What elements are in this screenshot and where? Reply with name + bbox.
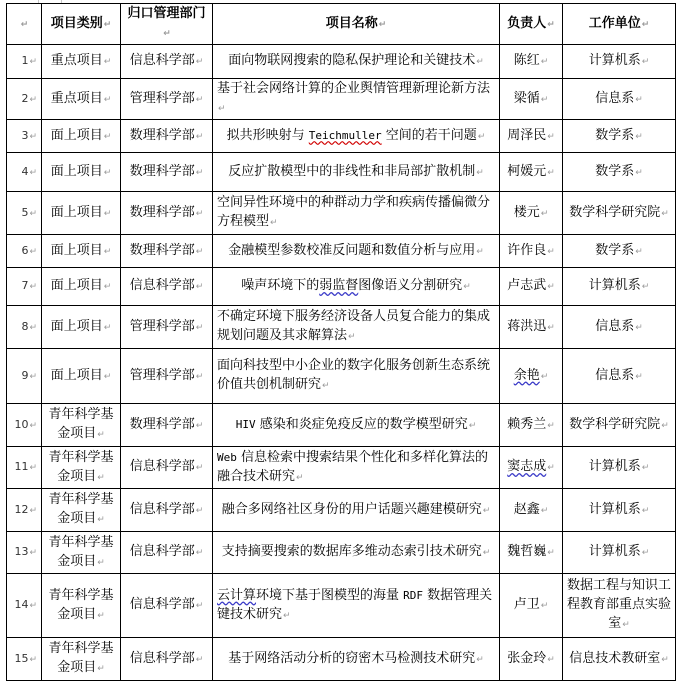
project-name-part: 图像语义分割研究 — [358, 278, 462, 293]
department-cell[interactable]: 信息科学部↵ — [121, 268, 213, 306]
work-unit-cell[interactable]: 信息系↵ — [563, 79, 676, 120]
paragraph-mark-icon: ↵ — [29, 168, 37, 178]
paragraph-mark-icon: ↵ — [29, 463, 37, 473]
project-name: 支持摘要搜索的数据库多维动态索引技术研究↵ — [222, 542, 491, 563]
project-category: 面上项目↵ — [51, 278, 112, 293]
paragraph-mark-icon: ↵ — [104, 95, 112, 105]
project-name-cell[interactable]: Web 信息检索中搜索结果个性化和多样化算法的融合技术研究↵ — [213, 447, 500, 489]
project-name-part: 环境下基于图模型的海量 — [256, 588, 403, 603]
paragraph-mark-icon: ↵ — [296, 473, 304, 483]
project-leader: 柯媛元↵ — [507, 164, 555, 179]
project-leader-cell[interactable]: 周泽民↵ — [500, 120, 563, 153]
project-leader-text: 张金玲 — [507, 651, 546, 666]
work-unit-cell[interactable]: 数据工程与知识工程教育部重点实验室↵ — [563, 574, 676, 638]
header-unit: 工作单位↵ — [563, 4, 676, 45]
project-name-cell[interactable]: 噪声环境下的弱监督图像语义分割研究↵ — [213, 268, 500, 306]
work-unit-text: 数学科学研究院 — [569, 205, 660, 220]
project-category-cell[interactable]: 青年科学基金项目↵ — [42, 638, 121, 681]
paragraph-mark-icon: ↵ — [196, 247, 204, 257]
paragraph-mark-icon: ↵ — [97, 473, 105, 483]
project-category: 青年科学基金项目↵ — [48, 407, 113, 441]
table-row: 7↵面上项目↵信息科学部↵噪声环境下的弱监督图像语义分割研究↵卢志武↵计算机系↵ — [7, 268, 676, 306]
row-number-cell[interactable]: 15↵ — [7, 638, 42, 681]
department-cell[interactable]: 数理科学部↵ — [121, 192, 213, 235]
work-unit-cell[interactable]: 信息系↵ — [563, 349, 676, 404]
paragraph-mark-icon: ↵ — [29, 655, 37, 665]
project-leader-cell[interactable]: 陈红↵ — [500, 45, 563, 79]
project-leader: 周泽民↵ — [507, 128, 555, 143]
paragraph-mark-icon: ↵ — [196, 132, 204, 142]
paragraph-mark-icon: ↵ — [196, 209, 204, 219]
department: 管理科学部↵ — [130, 319, 204, 334]
project-leader-text: 楼元 — [514, 205, 540, 220]
department-text: 信息科学部 — [130, 502, 195, 517]
project-category-cell[interactable]: 青年科学基金项目↵ — [42, 447, 121, 489]
paragraph-mark-icon: ↵ — [196, 601, 204, 611]
project-category: 青年科学基金项目↵ — [48, 641, 113, 675]
department-cell[interactable]: 数理科学部↵ — [121, 120, 213, 153]
project-leader-text: 柯媛元 — [507, 164, 546, 179]
work-unit: 计算机系↵ — [589, 502, 650, 517]
project-leader-cell[interactable]: 赵鑫↵ — [500, 489, 563, 532]
row-number: 10↵ — [14, 418, 37, 431]
row-number: 2↵ — [21, 92, 37, 105]
project-name-cell[interactable]: 面向科技型中小企业的数字化服务创新生态系统价值共创机制研究↵ — [213, 349, 500, 404]
department-cell[interactable]: 信息科学部↵ — [121, 447, 213, 489]
paragraph-mark-icon: ↵ — [196, 95, 204, 105]
department: 信息科学部↵ — [130, 278, 204, 293]
table-row: 8↵面上项目↵管理科学部↵不确定环境下服务经济设备人员复合能力的集成规划问题及其… — [7, 306, 676, 349]
work-unit: 计算机系↵ — [589, 278, 650, 293]
work-unit-cell[interactable]: 计算机系↵ — [563, 489, 676, 532]
project-category: 重点项目↵ — [51, 53, 112, 68]
project-category: 面上项目↵ — [51, 368, 112, 383]
project-table: ↵ 项目类别↵ 归口管理部门↵ 项目名称↵ 负责人↵ 工作单位↵ 1↵重点项目↵… — [6, 3, 676, 681]
project-leader: 陈红↵ — [514, 53, 549, 68]
project-name-text: 基于网络活动分析的窃密木马检测技术研究 — [228, 651, 475, 666]
department-cell[interactable]: 数理科学部↵ — [121, 404, 213, 447]
table-row: 4↵面上项目↵数理科学部↵反应扩散模型中的非线性和非局部扩散机制↵柯媛元↵数学系… — [7, 153, 676, 192]
project-category-cell[interactable]: 重点项目↵ — [42, 45, 121, 79]
row-number: 6↵ — [21, 244, 37, 257]
work-unit-cell[interactable]: 数学系↵ — [563, 235, 676, 268]
work-unit-cell[interactable]: 信息系↵ — [563, 306, 676, 349]
project-name: 基于社会网络计算的企业舆情管理新理论新方法↵ — [217, 79, 495, 119]
paragraph-mark-icon: ↵ — [196, 655, 204, 665]
work-unit-cell[interactable]: 计算机系↵ — [563, 532, 676, 574]
paragraph-mark-icon: ↵ — [97, 611, 105, 621]
project-leader-text: 周泽民 — [507, 128, 546, 143]
paragraph-mark-icon: ↵ — [97, 430, 105, 440]
table-row: 15↵青年科学基金项目↵信息科学部↵基于网络活动分析的窃密木马检测技术研究↵张金… — [7, 638, 676, 681]
project-category-text: 面上项目 — [51, 319, 103, 334]
row-number: 9↵ — [21, 369, 37, 382]
project-name: 基于网络活动分析的窃密木马检测技术研究↵ — [228, 649, 484, 670]
table-row: 5↵面上项目↵数理科学部↵空间异性环境中的种群动力学和疾病传播偏微分方程模型↵楼… — [7, 192, 676, 235]
project-name: 拟共形映射与 Teichmuller 空间的若干问题↵ — [227, 126, 486, 147]
row-number-cell[interactable]: 6↵ — [7, 235, 42, 268]
row-number: 11↵ — [14, 460, 37, 473]
project-name-cell[interactable]: 融合多网络社区身份的用户话题兴趣建模研究↵ — [213, 489, 500, 532]
paragraph-mark-icon: ↵ — [104, 132, 112, 142]
paragraph-mark-icon: ↵ — [29, 548, 37, 558]
paragraph-mark-icon: ↵ — [642, 463, 650, 473]
paragraph-mark-icon: ↵ — [196, 168, 204, 178]
project-name-cell[interactable]: 空间异性环境中的种群动力学和疾病传播偏微分方程模型↵ — [213, 192, 500, 235]
work-unit-cell[interactable]: 数学科学研究院↵ — [563, 192, 676, 235]
row-number-text: 14 — [14, 598, 28, 611]
table-row: 11↵青年科学基金项目↵信息科学部↵Web 信息检索中搜索结果个性化和多样化算法… — [7, 447, 676, 489]
department-text: 数理科学部 — [130, 243, 195, 258]
work-unit-cell[interactable]: 计算机系↵ — [563, 447, 676, 489]
paragraph-mark-icon: ↵ — [348, 332, 356, 342]
work-unit-cell[interactable]: 数学科学研究院↵ — [563, 404, 676, 447]
project-name-cell[interactable]: 拟共形映射与 Teichmuller 空间的若干问题↵ — [213, 120, 500, 153]
row-number-cell[interactable]: 1↵ — [7, 45, 42, 79]
project-category: 青年科学基金项目↵ — [48, 492, 113, 526]
project-name-cell[interactable]: HIV 感染和炎症免疫反应的数学模型研究↵ — [213, 404, 500, 447]
row-number-text: 15 — [14, 652, 28, 665]
project-category-text: 重点项目 — [51, 53, 103, 68]
project-leader-cell[interactable]: 柯媛元↵ — [500, 153, 563, 192]
row-number-cell[interactable]: 8↵ — [7, 306, 42, 349]
paragraph-mark-icon: ↵ — [541, 506, 549, 516]
paragraph-mark-icon: ↵ — [661, 655, 669, 665]
paragraph-mark-icon: ↵ — [463, 282, 471, 292]
project-name-part: 拟共形映射与 — [227, 128, 309, 143]
paragraph-mark-icon: ↵ — [547, 323, 555, 333]
paragraph-mark-icon: ↵ — [642, 548, 650, 558]
project-leader-cell[interactable]: 许作良↵ — [500, 235, 563, 268]
project-category-cell[interactable]: 面上项目↵ — [42, 349, 121, 404]
project-leader: 卢卫↵ — [514, 597, 549, 612]
paragraph-mark-icon: ↵ — [547, 421, 555, 431]
paragraph-mark-icon: ↵ — [104, 323, 112, 333]
department: 信息科学部↵ — [130, 459, 204, 474]
department-cell[interactable]: 信息科学部↵ — [121, 489, 213, 532]
project-leader: 窦志成↵ — [507, 459, 555, 474]
project-leader: 张金玲↵ — [507, 651, 555, 666]
table-row: 1↵重点项目↵信息科学部↵面向物联网搜索的隐私保护理论和关键技术↵陈红↵计算机系… — [7, 45, 676, 79]
project-name-cell[interactable]: 反应扩散模型中的非线性和非局部扩散机制↵ — [213, 153, 500, 192]
paragraph-mark-icon: ↵ — [29, 247, 37, 257]
work-unit-cell[interactable]: 数学系↵ — [563, 120, 676, 153]
project-leader-cell[interactable]: 梁循↵ — [500, 79, 563, 120]
paragraph-mark-icon: ↵ — [541, 57, 549, 67]
table-row: 13↵青年科学基金项目↵信息科学部↵支持摘要搜索的数据库多维动态索引技术研究↵魏… — [7, 532, 676, 574]
paragraph-mark-icon: ↵ — [196, 506, 204, 516]
project-leader-cell[interactable]: 魏哲巍↵ — [500, 532, 563, 574]
table-body: 1↵重点项目↵信息科学部↵面向物联网搜索的隐私保护理论和关键技术↵陈红↵计算机系… — [7, 45, 676, 681]
row-number-cell[interactable]: 14↵ — [7, 574, 42, 638]
project-leader-cell[interactable]: 余艳↵ — [500, 349, 563, 404]
work-unit: 数学系↵ — [595, 128, 643, 143]
paragraph-mark-icon: ↵ — [642, 282, 650, 292]
row-number: 7↵ — [21, 279, 37, 292]
row-number-text: 12 — [14, 503, 28, 516]
department-cell[interactable]: 信息科学部↵ — [121, 574, 213, 638]
header-project-name: 项目名称↵ — [213, 4, 500, 45]
project-category-cell[interactable]: 面上项目↵ — [42, 268, 121, 306]
project-name: 面向物联网搜索的隐私保护理论和关键技术↵ — [228, 51, 484, 72]
project-leader-text: 陈红 — [514, 53, 540, 68]
work-unit: 信息系↵ — [595, 368, 643, 383]
department-cell[interactable]: 管理科学部↵ — [121, 306, 213, 349]
table-row: 14↵青年科学基金项目↵信息科学部↵云计算环境下基于图模型的海量 RDF 数据管… — [7, 574, 676, 638]
paragraph-mark-icon: ↵ — [104, 209, 112, 219]
work-unit-cell[interactable]: 数学系↵ — [563, 153, 676, 192]
department-text: 信息科学部 — [130, 53, 195, 68]
project-category-cell[interactable]: 青年科学基金项目↵ — [42, 532, 121, 574]
table-row: 9↵面上项目↵管理科学部↵面向科技型中小企业的数字化服务创新生态系统价值共创机制… — [7, 349, 676, 404]
project-leader: 赖秀兰↵ — [507, 417, 555, 432]
project-name-cell[interactable]: 云计算环境下基于图模型的海量 RDF 数据管理关键技术研究↵ — [213, 574, 500, 638]
project-category-cell[interactable]: 重点项目↵ — [42, 79, 121, 120]
project-name: 云计算环境下基于图模型的海量 RDF 数据管理关键技术研究↵ — [217, 586, 495, 626]
paragraph-mark-icon: ↵ — [29, 506, 37, 516]
paragraph-mark-icon: ↵ — [104, 57, 112, 67]
paragraph-mark-icon: ↵ — [547, 132, 555, 142]
work-unit-text: 计算机系 — [589, 53, 641, 68]
work-unit-cell[interactable]: 计算机系↵ — [563, 268, 676, 306]
project-leader-cell[interactable]: 张金玲↵ — [500, 638, 563, 681]
work-unit-text: 计算机系 — [589, 278, 641, 293]
project-name-text: 面向科技型中小企业的数字化服务创新生态系统价值共创机制研究 — [217, 358, 490, 392]
paragraph-mark-icon: ↵ — [196, 421, 204, 431]
project-leader-text: 赖秀兰 — [507, 417, 546, 432]
department: 信息科学部↵ — [130, 651, 204, 666]
paragraph-mark-icon: ↵ — [547, 247, 555, 257]
department-text: 数理科学部 — [130, 205, 195, 220]
project-leader: 赵鑫↵ — [514, 502, 549, 517]
paragraph-mark-icon: ↵ — [469, 421, 477, 431]
department: 数理科学部↵ — [130, 243, 204, 258]
department: 信息科学部↵ — [130, 597, 204, 612]
row-number: 13↵ — [14, 545, 37, 558]
work-unit: 数学科学研究院↵ — [569, 417, 669, 432]
project-name-text: 金融模型参数校准反问题和数值分析与应用 — [228, 243, 475, 258]
paragraph-mark-icon: ↵ — [478, 132, 486, 142]
department-text: 信息科学部 — [130, 651, 195, 666]
work-unit: 计算机系↵ — [589, 544, 650, 559]
department-cell[interactable]: 信息科学部↵ — [121, 638, 213, 681]
department-cell[interactable]: 信息科学部↵ — [121, 532, 213, 574]
project-leader-text: 卢卫 — [514, 597, 540, 612]
paragraph-mark-icon: ↵ — [97, 515, 105, 525]
project-name-cell[interactable]: 金融模型参数校准反问题和数值分析与应用↵ — [213, 235, 500, 268]
work-unit-text: 计算机系 — [589, 544, 641, 559]
project-category-text: 面上项目 — [51, 205, 103, 220]
paragraph-mark-icon: ↵ — [541, 95, 549, 105]
row-number-cell[interactable]: 11↵ — [7, 447, 42, 489]
row-number-text: 10 — [14, 418, 28, 431]
paragraph-mark-icon: ↵ — [661, 209, 669, 219]
project-category: 面上项目↵ — [51, 164, 112, 179]
work-unit: 数学系↵ — [595, 243, 643, 258]
project-category-text: 重点项目 — [51, 91, 103, 106]
project-name-text: 支持摘要搜索的数据库多维动态索引技术研究 — [222, 544, 482, 559]
paragraph-mark-icon: ↵ — [196, 548, 204, 558]
paragraph-mark-icon: ↵ — [29, 209, 37, 219]
work-unit-cell[interactable]: 信息技术教研室↵ — [563, 638, 676, 681]
project-leader-text: 余艳 — [514, 368, 540, 383]
project-category: 重点项目↵ — [51, 91, 112, 106]
department: 信息科学部↵ — [130, 544, 204, 559]
project-category-cell[interactable]: 青年科学基金项目↵ — [42, 574, 121, 638]
paragraph-mark-icon: ↵ — [547, 655, 555, 665]
department-text: 管理科学部 — [130, 368, 195, 383]
row-number: 4↵ — [21, 165, 37, 178]
department: 管理科学部↵ — [130, 368, 204, 383]
header-row: ↵ 项目类别↵ 归口管理部门↵ 项目名称↵ 负责人↵ 工作单位↵ — [7, 4, 676, 45]
project-category-cell[interactable]: 面上项目↵ — [42, 153, 121, 192]
project-name-cell[interactable]: 基于网络活动分析的窃密木马检测技术研究↵ — [213, 638, 500, 681]
row-number-cell[interactable]: 7↵ — [7, 268, 42, 306]
paragraph-mark-icon: ↵ — [97, 558, 105, 568]
row-number: 12↵ — [14, 503, 37, 516]
paragraph-mark-icon: ↵ — [196, 463, 204, 473]
row-number-cell[interactable]: 4↵ — [7, 153, 42, 192]
department-cell[interactable]: 数理科学部↵ — [121, 153, 213, 192]
department: 信息科学部↵ — [130, 502, 204, 517]
project-leader-text: 魏哲巍 — [507, 544, 546, 559]
paragraph-mark-icon: ↵ — [476, 57, 484, 67]
paragraph-mark-icon: ↵ — [541, 601, 549, 611]
project-name-part: RDF — [403, 589, 423, 602]
department: 数理科学部↵ — [130, 128, 204, 143]
project-leader-cell[interactable]: 窦志成↵ — [500, 447, 563, 489]
work-unit-text: 数学系 — [595, 243, 634, 258]
work-unit-text: 数学科学研究院 — [569, 417, 660, 432]
department: 数理科学部↵ — [130, 205, 204, 220]
department-text: 数理科学部 — [130, 164, 195, 179]
work-unit-text: 信息系 — [595, 319, 634, 334]
work-unit-text: 计算机系 — [589, 459, 641, 474]
paragraph-mark-icon: ↵ — [104, 168, 112, 178]
project-leader-cell[interactable]: 楼元↵ — [500, 192, 563, 235]
project-name-part: 噪声环境下的 — [241, 278, 319, 293]
project-name-cell[interactable]: 面向物联网搜索的隐私保护理论和关键技术↵ — [213, 45, 500, 79]
project-category-text: 面上项目 — [51, 128, 103, 143]
row-number-cell[interactable]: 3↵ — [7, 120, 42, 153]
row-number-text: 1 — [21, 54, 28, 67]
project-category-cell[interactable]: 面上项目↵ — [42, 235, 121, 268]
project-category-text: 面上项目 — [51, 164, 103, 179]
project-leader: 楼元↵ — [514, 205, 549, 220]
project-name-text: 反应扩散模型中的非线性和非局部扩散机制 — [228, 164, 475, 179]
project-category: 面上项目↵ — [51, 205, 112, 220]
project-leader-text: 卢志武 — [507, 278, 546, 293]
paragraph-mark-icon: ↵ — [635, 132, 643, 142]
department-cell[interactable]: 管理科学部↵ — [121, 79, 213, 120]
paragraph-mark-icon: ↵ — [196, 323, 204, 333]
paragraph-mark-icon: ↵ — [29, 421, 37, 431]
project-name-cell[interactable]: 不确定环境下服务经济设备人员复合能力的集成规划问题及其求解算法↵ — [213, 306, 500, 349]
project-name-part: HIV — [236, 418, 256, 431]
department-cell[interactable]: 管理科学部↵ — [121, 349, 213, 404]
project-leader: 卢志武↵ — [507, 278, 555, 293]
project-category-text: 面上项目 — [51, 278, 103, 293]
project-name: 空间异性环境中的种群动力学和疾病传播偏微分方程模型↵ — [217, 193, 495, 233]
project-category-cell[interactable]: 面上项目↵ — [42, 306, 121, 349]
work-unit: 信息技术教研室↵ — [569, 651, 669, 666]
project-leader: 蒋洪迅↵ — [507, 319, 555, 334]
project-name-cell[interactable]: 基于社会网络计算的企业舆情管理新理论新方法↵ — [213, 79, 500, 120]
project-leader: 许作良↵ — [507, 243, 555, 258]
project-name: HIV 感染和炎症免疫反应的数学模型研究↵ — [236, 415, 477, 436]
project-leader-text: 赵鑫 — [514, 502, 540, 517]
paragraph-mark-icon: ↵ — [270, 218, 278, 228]
department: 数理科学部↵ — [130, 164, 204, 179]
project-name: 面向科技型中小企业的数字化服务创新生态系统价值共创机制研究↵ — [217, 356, 495, 396]
row-number: 3↵ — [21, 129, 37, 142]
project-category-cell[interactable]: 青年科学基金项目↵ — [42, 404, 121, 447]
project-category-cell[interactable]: 面上项目↵ — [42, 120, 121, 153]
project-leader-cell[interactable]: 卢卫↵ — [500, 574, 563, 638]
project-name-part: Teichmuller — [309, 129, 382, 142]
project-name: 金融模型参数校准反问题和数值分析与应用↵ — [228, 241, 484, 262]
row-number-text: 9 — [21, 369, 28, 382]
department-text: 信息科学部 — [130, 278, 195, 293]
row-number-cell[interactable]: 5↵ — [7, 192, 42, 235]
project-category-text: 面上项目 — [51, 243, 103, 258]
project-leader-cell[interactable]: 赖秀兰↵ — [500, 404, 563, 447]
work-unit-text: 数据工程与知识工程教育部重点实验室 — [567, 578, 671, 631]
department-text: 数理科学部 — [130, 128, 195, 143]
paragraph-mark-icon: ↵ — [635, 323, 643, 333]
paragraph-mark-icon: ↵ — [29, 95, 37, 105]
work-unit-cell[interactable]: 计算机系↵ — [563, 45, 676, 79]
row-number-cell[interactable]: 9↵ — [7, 349, 42, 404]
project-leader-text: 许作良 — [507, 243, 546, 258]
project-name-part: 云计算 — [217, 588, 256, 603]
row-number: 14↵ — [14, 598, 37, 611]
paragraph-mark-icon: ↵ — [29, 132, 37, 142]
project-name: 噪声环境下的弱监督图像语义分割研究↵ — [241, 276, 471, 297]
table-row: 6↵面上项目↵数理科学部↵金融模型参数校准反问题和数值分析与应用↵许作良↵数学系… — [7, 235, 676, 268]
work-unit-text: 信息系 — [595, 368, 634, 383]
row-number-cell[interactable]: 12↵ — [7, 489, 42, 532]
row-number-cell[interactable]: 10↵ — [7, 404, 42, 447]
paragraph-mark-icon: ↵ — [476, 655, 484, 665]
work-unit: 计算机系↵ — [589, 459, 650, 474]
project-category-cell[interactable]: 面上项目↵ — [42, 192, 121, 235]
department-cell[interactable]: 信息科学部↵ — [121, 45, 213, 79]
row-number-text: 6 — [21, 244, 28, 257]
paragraph-mark-icon: ↵ — [622, 620, 630, 630]
paragraph-mark-icon: ↵ — [635, 168, 643, 178]
paragraph-mark-icon: ↵ — [541, 209, 549, 219]
project-leader-cell[interactable]: 卢志武↵ — [500, 268, 563, 306]
row-number-cell[interactable]: 13↵ — [7, 532, 42, 574]
paragraph-mark-icon: ↵ — [97, 664, 105, 674]
project-leader-cell[interactable]: 蒋洪迅↵ — [500, 306, 563, 349]
paragraph-mark-icon: ↵ — [661, 421, 669, 431]
department-cell[interactable]: 数理科学部↵ — [121, 235, 213, 268]
row-number-text: 13 — [14, 545, 28, 558]
work-unit: 数学系↵ — [595, 164, 643, 179]
paragraph-mark-icon: ↵ — [218, 104, 226, 114]
department-text: 信息科学部 — [130, 544, 195, 559]
project-category-cell[interactable]: 青年科学基金项目↵ — [42, 489, 121, 532]
work-unit: 信息系↵ — [595, 91, 643, 106]
project-name: Web 信息检索中搜索结果个性化和多样化算法的融合技术研究↵ — [217, 448, 495, 488]
row-number-text: 7 — [21, 279, 28, 292]
project-leader-text: 窦志成 — [507, 459, 546, 474]
paragraph-mark-icon: ↵ — [476, 247, 484, 257]
row-number-cell[interactable]: 2↵ — [7, 79, 42, 120]
project-name-cell[interactable]: 支持摘要搜索的数据库多维动态索引技术研究↵ — [213, 532, 500, 574]
